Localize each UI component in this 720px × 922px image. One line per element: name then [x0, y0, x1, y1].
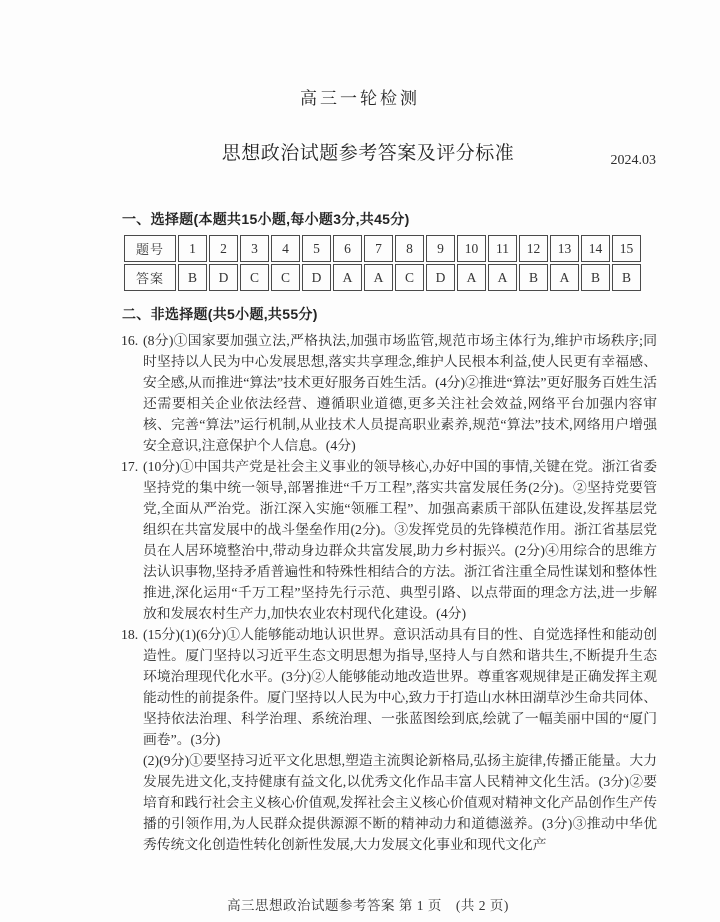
question-number-cell: 15 — [612, 235, 641, 262]
answer-cell: B — [519, 264, 548, 291]
question-17-block: 17. (10分)①中国共产党是社会主义事业的领导核心,办好中国的事情,关键在党… — [121, 456, 657, 624]
document-date: 2024.03 — [611, 153, 657, 169]
question-number-cell: 8 — [395, 235, 424, 262]
answer-cell: C — [395, 264, 424, 291]
answer-cell: A — [333, 264, 362, 291]
section2-heading: 二、非选择题(共5小题,共55分) — [122, 304, 318, 324]
answer-cell: B — [581, 264, 610, 291]
question-number-cell: 14 — [581, 235, 610, 262]
answer-cell: D — [302, 264, 331, 291]
question-number-cell: 5 — [302, 235, 331, 262]
question-18-part1-answer-text: (15分)(1)(6分)①人能够能动地认识世界。意识活动具有目的性、自觉选择性和… — [143, 624, 657, 750]
answer-cell: B — [178, 264, 207, 291]
question-17-number: 17. — [121, 456, 138, 477]
row-label-answer: 答案 — [124, 264, 176, 291]
answer-cell: A — [364, 264, 393, 291]
question-16-number: 16. — [121, 330, 138, 351]
answer-cell: C — [240, 264, 269, 291]
question-number-cell: 4 — [271, 235, 300, 262]
answer-table: 题号 1 2 3 4 5 6 7 8 9 10 11 12 13 14 15 答… — [122, 233, 643, 293]
exam-answer-document-page: 高三一轮检测 思想政治试题参考答案及评分标准 2024.03 一、选择题(本题共… — [0, 0, 720, 922]
question-17-answer-text: (10分)①中国共产党是社会主义事业的领导核心,办好中国的事情,关键在党。浙江省… — [143, 456, 657, 624]
answer-cell: A — [457, 264, 486, 291]
question-number-cell: 3 — [240, 235, 269, 262]
answer-cell: D — [426, 264, 455, 291]
question-18-block: 18. (15分)(1)(6分)①人能够能动地认识世界。意识活动具有目的性、自觉… — [121, 624, 657, 855]
question-18-part2-answer-text: (2)(9分)①要坚持习近平文化思想,塑造主流舆论新格局,弘扬主旋律,传播正能量… — [143, 750, 657, 855]
question-number-cell: 1 — [178, 235, 207, 262]
question-number-cell: 9 — [426, 235, 455, 262]
question-16-answer-text: (8分)①国家要加强立法,严格执法,加强市场监管,规范市场主体行为,维护市场秩序… — [143, 330, 657, 456]
row-label-question-number: 题号 — [124, 235, 176, 262]
question-number-cell: 7 — [364, 235, 393, 262]
answer-cell: A — [550, 264, 579, 291]
question-16-block: 16. (8分)①国家要加强立法,严格执法,加强市场监管,规范市场主体行为,维护… — [121, 330, 657, 456]
answer-cell: C — [271, 264, 300, 291]
question-number-cell: 6 — [333, 235, 362, 262]
question-number-cell: 12 — [519, 235, 548, 262]
question-18-number: 18. — [121, 624, 138, 645]
question-number-row: 题号 1 2 3 4 5 6 7 8 9 10 11 12 13 14 15 — [124, 235, 641, 262]
question-number-cell: 13 — [550, 235, 579, 262]
answer-cell: D — [209, 264, 238, 291]
free-response-answers: 16. (8分)①国家要加强立法,严格执法,加强市场监管,规范市场主体行为,维护… — [121, 330, 657, 855]
document-title: 高三一轮检测 — [0, 84, 720, 109]
answer-row: 答案 B D C C D A A C D A A B A B B — [124, 264, 641, 291]
page-footer: 高三思想政治试题参考答案 第 1 页 (共 2 页) — [8, 894, 720, 914]
question-number-cell: 10 — [457, 235, 486, 262]
question-number-cell: 2 — [209, 235, 238, 262]
answer-cell: B — [612, 264, 641, 291]
question-number-cell: 11 — [488, 235, 517, 262]
answer-cell: A — [488, 264, 517, 291]
section1-heading: 一、选择题(本题共15小题,每小题3分,共45分) — [122, 209, 410, 229]
